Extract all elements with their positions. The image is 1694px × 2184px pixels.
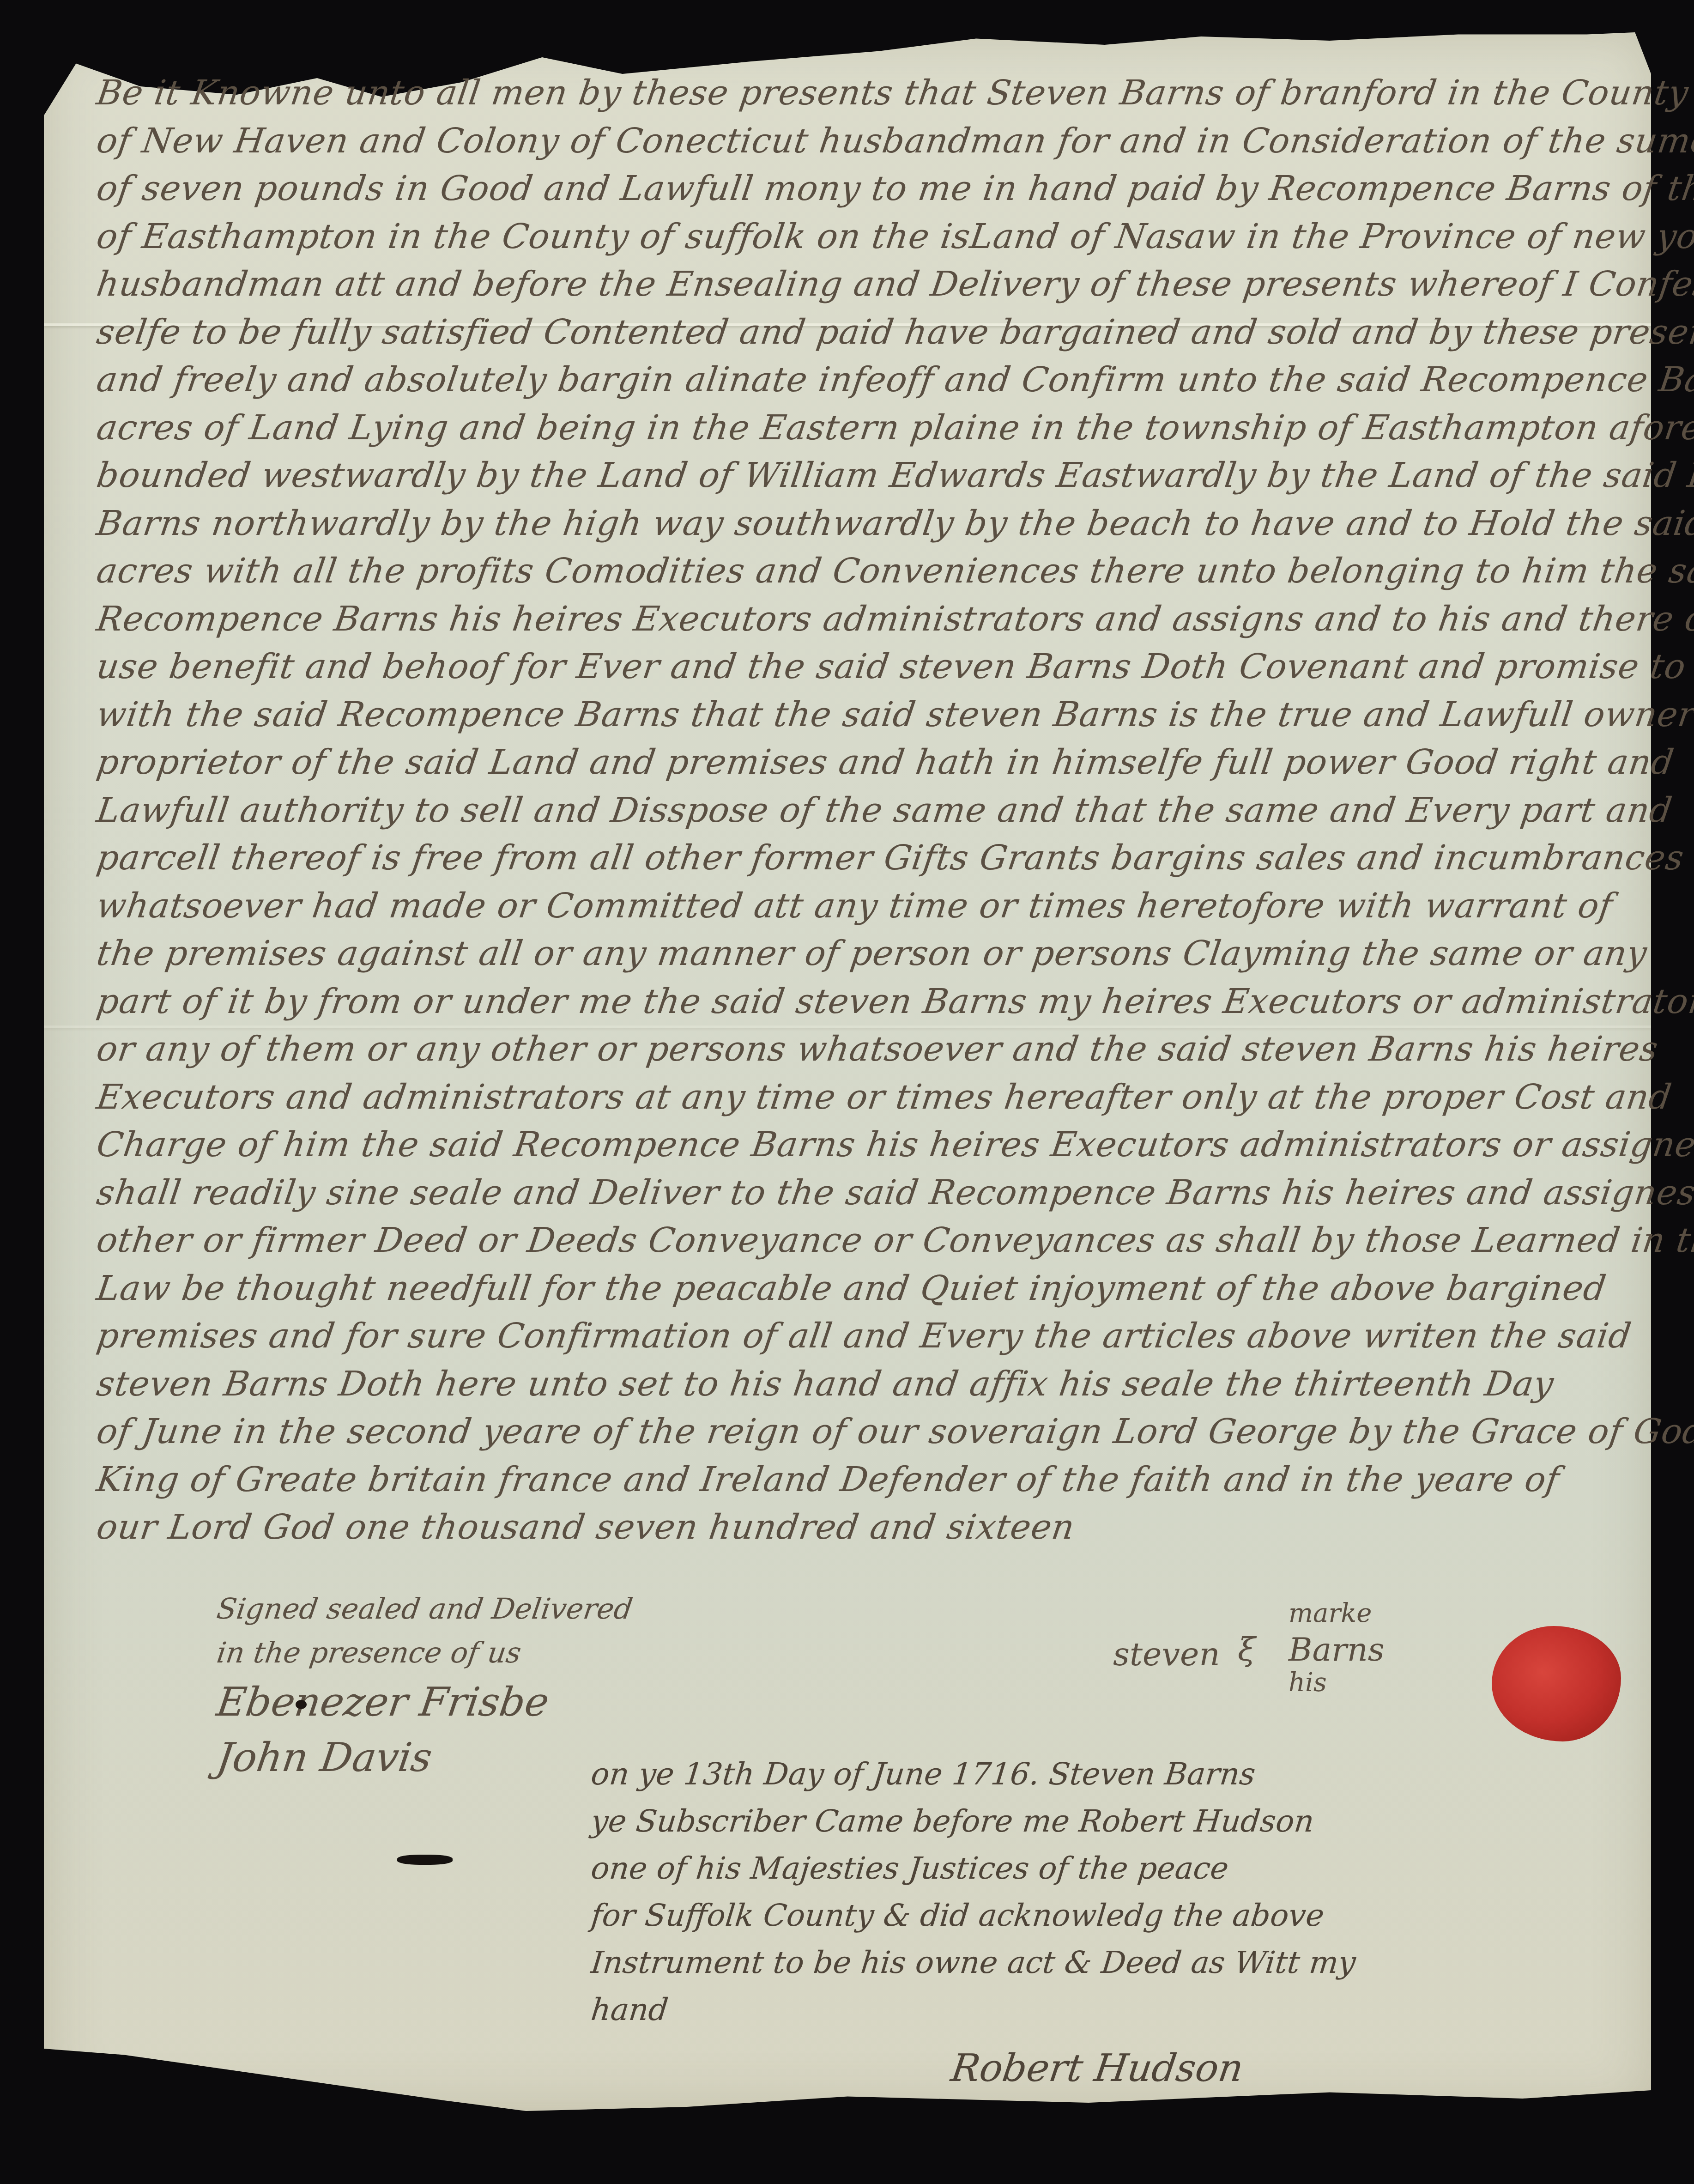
deed-line: Barns northwardly by the high way southw… [94,500,1625,548]
deed-line: Lawfull authority to sell and Disspose o… [94,787,1625,835]
deed-line: selfe to be fully satisfied Contented an… [94,309,1625,357]
grantor-mark-icon: ξ [1238,1631,1256,1668]
deed-line: of New Haven and Colony of Conecticut hu… [94,117,1625,165]
acknowledgement-line: Instrument to be his owne act & Deed as … [589,1939,1358,1986]
acknowledgement-line: ye Subscriber Came before me Robert Huds… [589,1798,1358,1845]
deed-line: whatsoever had made or Committed att any… [94,882,1625,930]
deed-line: acres with all the profits Comodities an… [94,547,1625,595]
deed-line: other or firmer Deed or Deeds Conveyance… [94,1217,1625,1265]
grantor-last-name: Barns [1289,1631,1385,1668]
attestation-line: Signed sealed and Delivered [214,1587,635,1631]
mark-label: marke [1289,1598,1372,1628]
witness-signature: John Davis [213,1730,636,1785]
grantor-first-name: steven [1113,1635,1220,1673]
deed-line: and freely and absolutely bargin alinate… [94,356,1625,404]
deed-line: premises and for sure Confirmation of al… [94,1312,1625,1360]
ink-blot [397,1855,453,1865]
deed-line: part of it by from or under me the said … [94,978,1625,1026]
ink-spot [296,1700,307,1709]
deed-line: parcell thereof is free from all other f… [94,834,1625,882]
acknowledgement-line: on ye 13th Day of June 1716. Steven Barn… [589,1751,1358,1798]
witness-signature: Ebenezer Frisbe [213,1674,636,1730]
acknowledgement-line: hand [589,1986,1358,2033]
his-label: his [1289,1668,1327,1698]
deed-line: of Easthampton in the County of suffolk … [94,213,1625,261]
deed-line-struck: Executors and administrators at any time… [94,1074,1625,1122]
deed-line: of June in the second yeare of the reign… [94,1408,1625,1456]
attestation-block: Signed sealed and Delivered in the prese… [217,1587,632,1785]
deed-line: husbandman att and before the Ensealing … [94,261,1625,309]
deed-line: acres of Land Lying and being in the Eas… [94,404,1625,452]
deed-line: or any of them or any other or persons w… [94,1025,1625,1074]
deed-line: Law be thought needfull for the peacable… [94,1265,1625,1313]
acknowledgement-line: one of his Majesties Justices of the pea… [589,1845,1358,1892]
deed-line: Charge of him the said Recompence Barns … [94,1121,1625,1169]
deed-body: Be it Knowne unto all men by these prese… [97,69,1621,1552]
deed-line: of seven pounds in Good and Lawfull mony… [94,165,1625,213]
justice-signature: Robert Hudson [948,2046,1246,2090]
deed-line: use benefit and behoof for Ever and the … [94,643,1625,691]
deed-line: proprietor of the said Land and premises… [94,739,1625,787]
attestation-line: in the presence of us [214,1631,635,1674]
deed-line: steven Barns Doth here unto set to his h… [94,1360,1625,1408]
deed-line: the premises against all or any manner o… [94,930,1625,978]
deed-line: Be it Knowne unto all men by these prese… [94,69,1625,117]
acknowledgement-block: on ye 13th Day of June 1716. Steven Barn… [591,1751,1355,2033]
deed-line: King of Greate britain france and Irelan… [94,1456,1625,1504]
deed-line: shall readily sine seale and Deliver to … [94,1169,1625,1217]
deed-line: Recompence Barns his heires Executors ad… [94,595,1625,643]
deed-line: bounded westwardly by the Land of Willia… [94,452,1625,500]
deed-line: with the said Recompence Barns that the … [94,691,1625,739]
acknowledgement-line: for Suffolk County & did acknowledg the … [589,1892,1358,1939]
deed-line: our Lord God one thousand seven hundred … [94,1504,1625,1552]
